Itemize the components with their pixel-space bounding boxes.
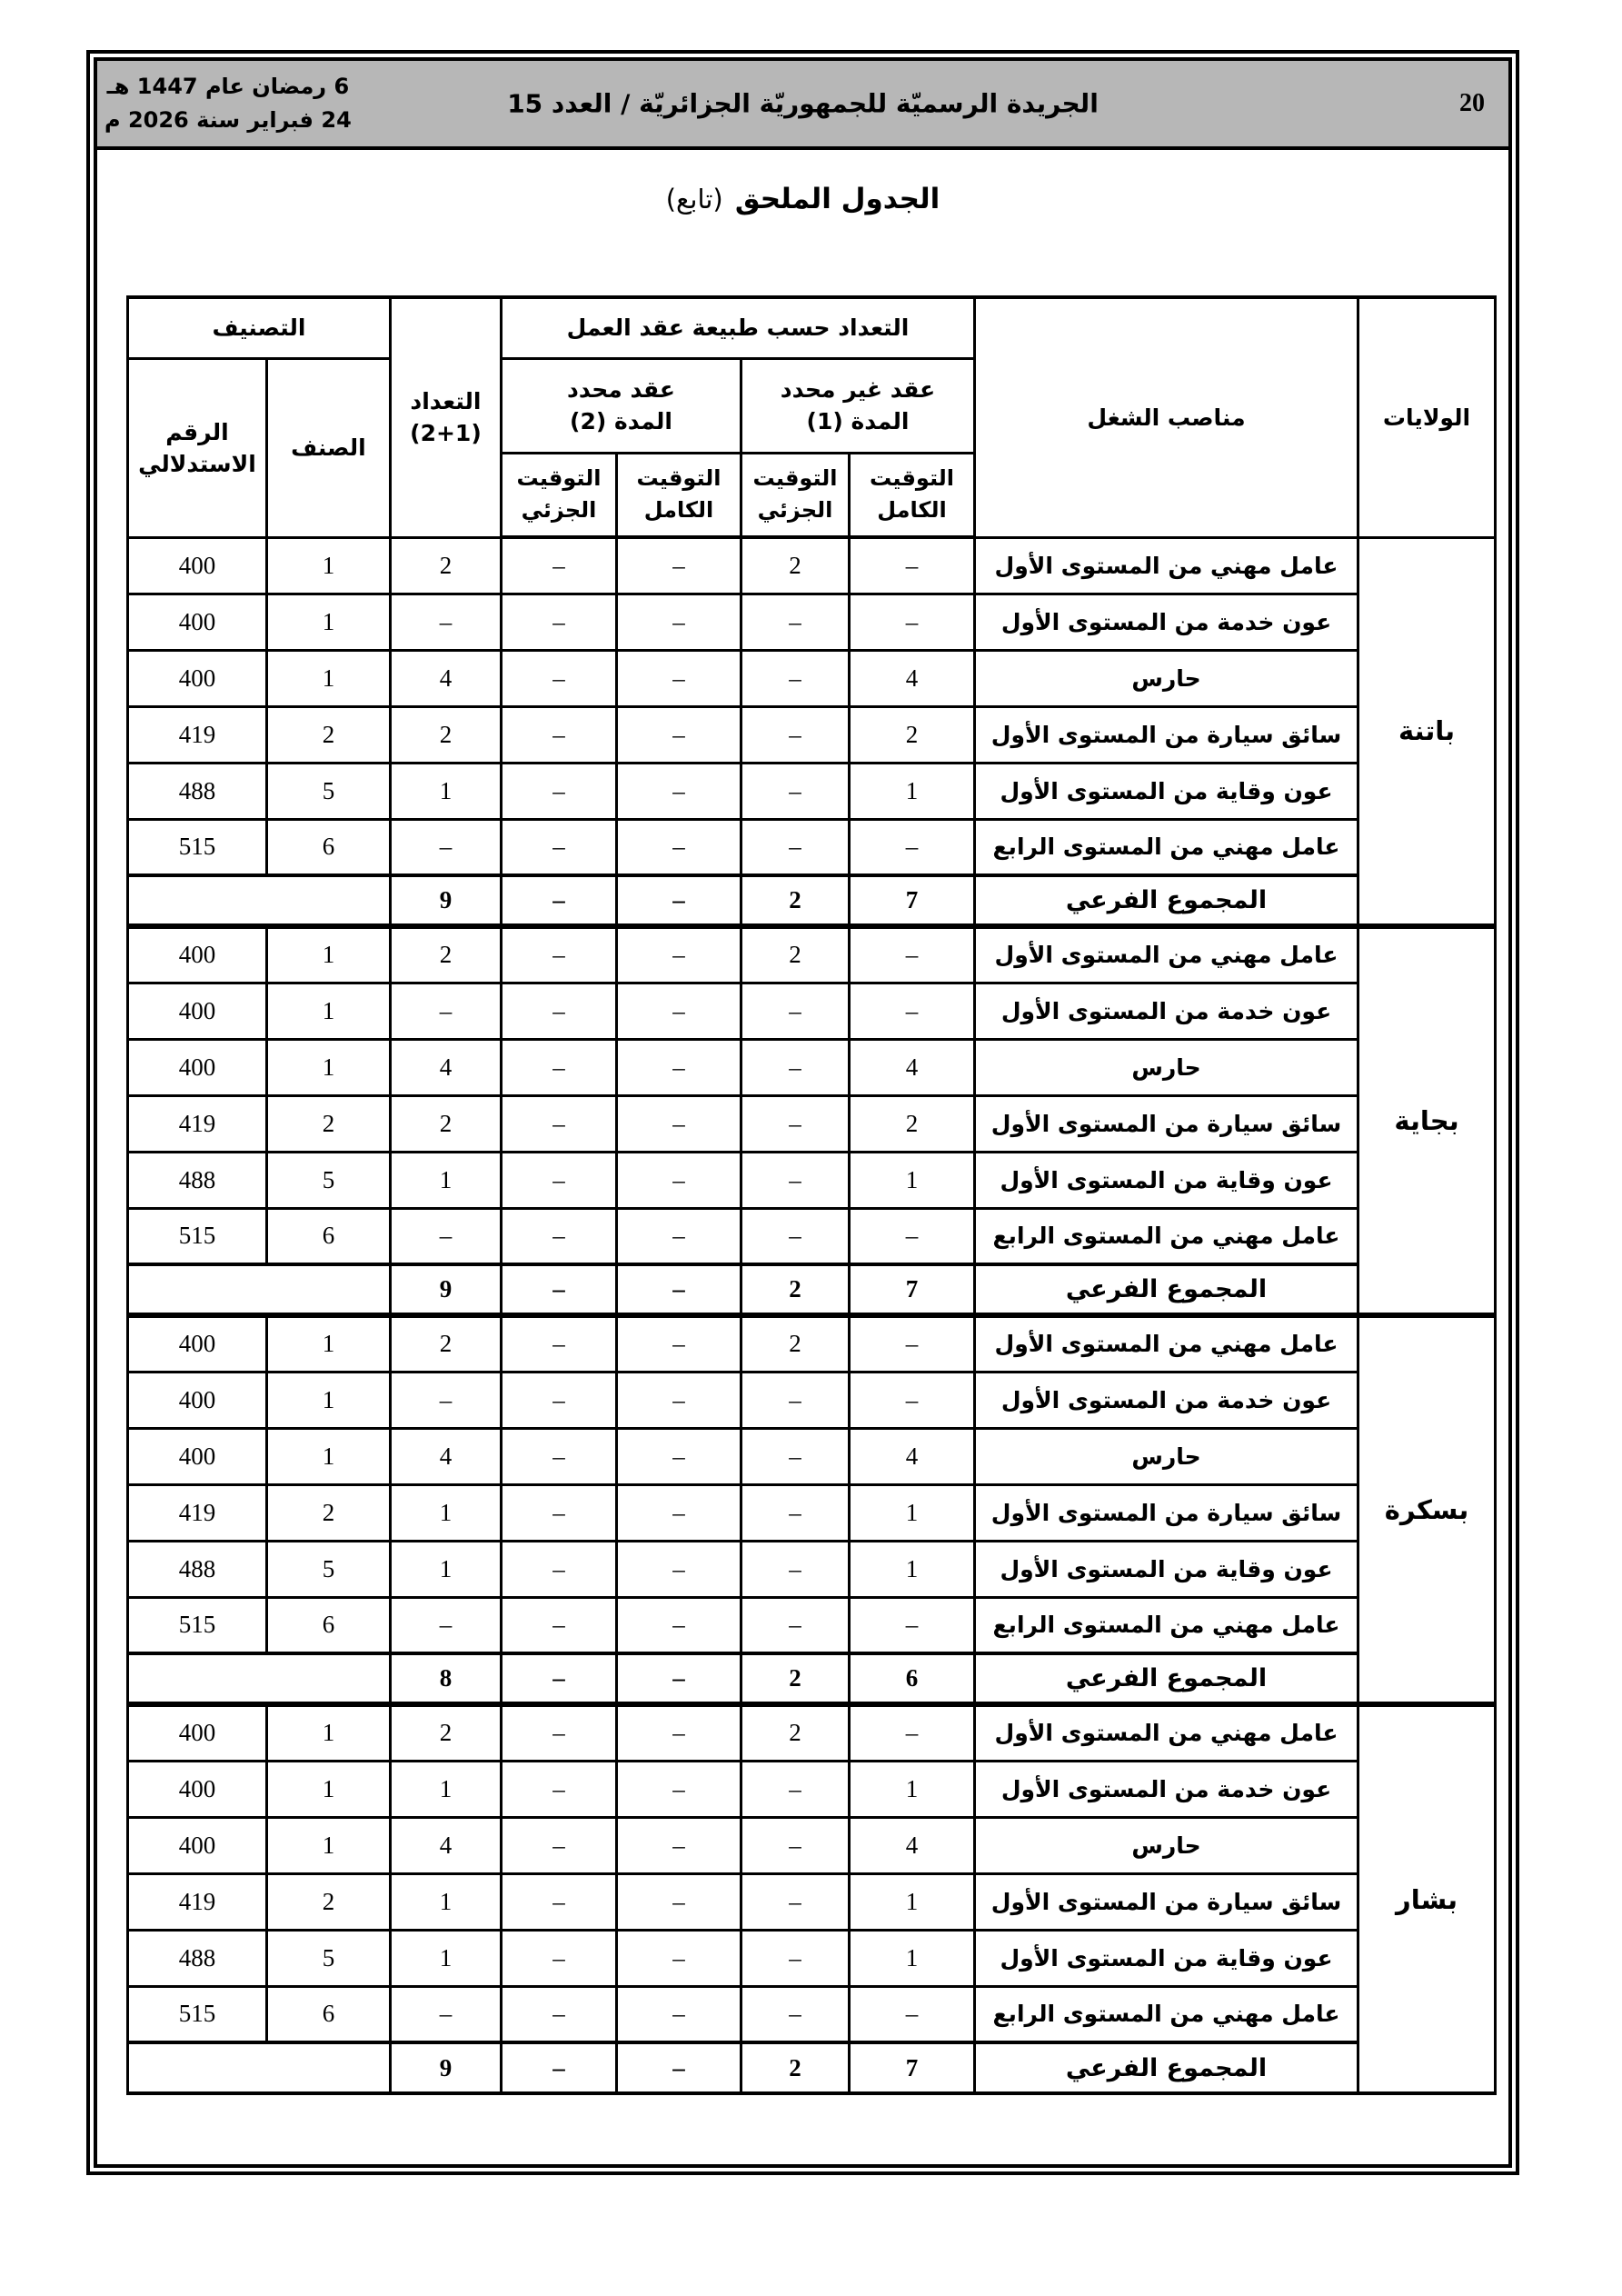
header-classification: التصنيف bbox=[127, 297, 390, 358]
value-cell: 6 bbox=[266, 1986, 390, 2042]
value-cell: 1 bbox=[390, 1930, 501, 1986]
table-row: عون خدمة من المستوى الأول–––––1400 bbox=[127, 983, 1495, 1039]
value-cell: 2 bbox=[741, 1704, 850, 1761]
value-cell: – bbox=[741, 1761, 850, 1817]
subtotal-value-cell: 9 bbox=[390, 1264, 501, 1315]
job-title: عون خدمة من المستوى الأول bbox=[975, 594, 1358, 650]
value-cell: 488 bbox=[127, 1930, 266, 1986]
subtotal-value-cell: – bbox=[501, 2042, 616, 2093]
date-hijri: 6 رمضان عام 1447 هـ bbox=[104, 70, 352, 104]
value-cell: 6 bbox=[266, 819, 390, 875]
job-title: عامل مهني من المستوى الأول bbox=[975, 1315, 1358, 1372]
value-cell: – bbox=[390, 594, 501, 650]
corner-empty bbox=[127, 2042, 390, 2093]
value-cell: – bbox=[501, 1484, 616, 1541]
value-cell: 4 bbox=[850, 1817, 975, 1873]
value-cell: – bbox=[617, 1315, 741, 1372]
value-cell: 4 bbox=[390, 1428, 501, 1484]
value-cell: – bbox=[850, 926, 975, 983]
value-cell: 488 bbox=[127, 1152, 266, 1208]
subtotal-value-cell: 7 bbox=[850, 2042, 975, 2093]
table-header: الولايات مناصب الشغل التعداد حسب طبيعة ع… bbox=[127, 297, 1495, 537]
value-cell: – bbox=[617, 819, 741, 875]
value-cell: – bbox=[501, 1930, 616, 1986]
table-row: سائق سيارة من المستوى الأول1–––12419 bbox=[127, 1873, 1495, 1930]
value-cell: – bbox=[617, 1817, 741, 1873]
value-cell: 4 bbox=[390, 1817, 501, 1873]
subtotal-value-cell: 2 bbox=[741, 875, 850, 926]
value-cell: 1 bbox=[390, 1541, 501, 1597]
value-cell: 4 bbox=[390, 1039, 501, 1095]
wilaya-section: بسكرةعامل مهني من المستوى الأول–2––21400… bbox=[127, 1315, 1495, 1704]
subtotal-value-cell: 6 bbox=[850, 1653, 975, 1704]
value-cell: 2 bbox=[741, 1315, 850, 1372]
header-dates: 6 رمضان عام 1447 هـ 24 فبراير سنة 2026 م bbox=[104, 70, 352, 137]
value-cell: – bbox=[501, 926, 616, 983]
job-title: عامل مهني من المستوى الرابع bbox=[975, 1208, 1358, 1264]
value-cell: 400 bbox=[127, 1372, 266, 1428]
job-title: سائق سيارة من المستوى الأول bbox=[975, 1095, 1358, 1152]
value-cell: – bbox=[850, 1372, 975, 1428]
value-cell: 2 bbox=[266, 1484, 390, 1541]
value-cell: 400 bbox=[127, 1315, 266, 1372]
value-cell: – bbox=[617, 1372, 741, 1428]
table-title-suffix: (تابع) bbox=[666, 184, 723, 215]
table-row: عامل مهني من المستوى الرابع–––––6515 bbox=[127, 1208, 1495, 1264]
value-cell: – bbox=[850, 594, 975, 650]
value-cell: 1 bbox=[266, 537, 390, 594]
value-cell: – bbox=[501, 1541, 616, 1597]
value-cell: 5 bbox=[266, 1541, 390, 1597]
value-cell: 2 bbox=[390, 537, 501, 594]
blank-cell bbox=[127, 1264, 390, 1315]
value-cell: 4 bbox=[850, 1039, 975, 1095]
table-row: بشارعامل مهني من المستوى الأول–2––21400 bbox=[127, 1704, 1495, 1761]
value-cell: – bbox=[617, 1986, 741, 2042]
table-row: عون خدمة من المستوى الأول–––––1400 bbox=[127, 594, 1495, 650]
job-title: عون وقاية من المستوى الأول bbox=[975, 1930, 1358, 1986]
value-cell: – bbox=[501, 1208, 616, 1264]
value-cell: – bbox=[501, 1873, 616, 1930]
value-cell: – bbox=[741, 763, 850, 819]
value-cell: – bbox=[501, 706, 616, 763]
value-cell: – bbox=[501, 594, 616, 650]
value-cell: – bbox=[741, 819, 850, 875]
value-cell: 6 bbox=[266, 1597, 390, 1653]
value-cell: – bbox=[741, 1039, 850, 1095]
value-cell: 2 bbox=[390, 926, 501, 983]
value-cell: 2 bbox=[390, 1095, 501, 1152]
table-row: عون خدمة من المستوى الأول–––––1400 bbox=[127, 1372, 1495, 1428]
wilaya-name: بسكرة bbox=[1358, 1315, 1496, 1704]
value-cell: – bbox=[501, 650, 616, 706]
table-row: عون وقاية من المستوى الأول1–––15488 bbox=[127, 1930, 1495, 1986]
job-title: حارس bbox=[975, 1039, 1358, 1095]
header-count-by-contract-nature: التعداد حسب طبيعة عقد العمل bbox=[501, 297, 974, 358]
value-cell: – bbox=[501, 1372, 616, 1428]
value-cell: 1 bbox=[266, 1372, 390, 1428]
subtotal-value-cell: 7 bbox=[850, 875, 975, 926]
value-cell: 2 bbox=[266, 706, 390, 763]
value-cell: – bbox=[617, 1704, 741, 1761]
value-cell: – bbox=[741, 1372, 850, 1428]
value-cell: 1 bbox=[850, 763, 975, 819]
value-cell: – bbox=[390, 1372, 501, 1428]
subtotal-row: المجموع الفرعي72––9 bbox=[127, 875, 1495, 926]
subtotal-label: المجموع الفرعي bbox=[975, 875, 1358, 926]
value-cell: – bbox=[617, 1152, 741, 1208]
header-band: 20 الجريدة الرسميّة للجمهوريّة الجزائريّ… bbox=[97, 61, 1508, 150]
value-cell: 1 bbox=[850, 1541, 975, 1597]
value-cell: – bbox=[850, 1704, 975, 1761]
header-full-time-2: التوقيت الكامل bbox=[617, 453, 741, 537]
wilaya-section: باتنةعامل مهني من المستوى الأول–2––21400… bbox=[127, 537, 1495, 926]
value-cell: – bbox=[501, 1039, 616, 1095]
table-row: حارس4–––41400 bbox=[127, 1039, 1495, 1095]
value-cell: 419 bbox=[127, 1484, 266, 1541]
blank-cell bbox=[127, 1653, 390, 1704]
table-row: بسكرةعامل مهني من المستوى الأول–2––21400 bbox=[127, 1315, 1495, 1372]
value-cell: – bbox=[741, 1873, 850, 1930]
value-cell: – bbox=[617, 594, 741, 650]
value-cell: 2 bbox=[850, 1095, 975, 1152]
wilaya-section: بجايةعامل مهني من المستوى الأول–2––21400… bbox=[127, 926, 1495, 1315]
value-cell: – bbox=[390, 819, 501, 875]
value-cell: – bbox=[617, 1930, 741, 1986]
table-row: حارس4–––41400 bbox=[127, 1817, 1495, 1873]
header-wilayas: الولايات bbox=[1358, 297, 1496, 537]
job-title: عون وقاية من المستوى الأول bbox=[975, 1541, 1358, 1597]
header-part-time-2: التوقيت الجزئي bbox=[501, 453, 616, 537]
value-cell: 2 bbox=[266, 1095, 390, 1152]
value-cell: 1 bbox=[850, 1152, 975, 1208]
value-cell: – bbox=[390, 1597, 501, 1653]
value-cell: – bbox=[501, 1597, 616, 1653]
table-row: بجايةعامل مهني من المستوى الأول–2––21400 bbox=[127, 926, 1495, 983]
value-cell: 488 bbox=[127, 1541, 266, 1597]
value-cell: 1 bbox=[390, 1761, 501, 1817]
value-cell: 400 bbox=[127, 1817, 266, 1873]
value-cell: – bbox=[390, 983, 501, 1039]
table-row: سائق سيارة من المستوى الأول2–––22419 bbox=[127, 706, 1495, 763]
value-cell: – bbox=[617, 1208, 741, 1264]
value-cell: – bbox=[501, 1428, 616, 1484]
value-cell: 400 bbox=[127, 1039, 266, 1095]
value-cell: 1 bbox=[390, 1152, 501, 1208]
value-cell: 400 bbox=[127, 594, 266, 650]
value-cell: – bbox=[501, 983, 616, 1039]
value-cell: 400 bbox=[127, 650, 266, 706]
page-inner: 20 الجريدة الرسميّة للجمهوريّة الجزائريّ… bbox=[94, 57, 1512, 2168]
table-row: عون وقاية من المستوى الأول1–––15488 bbox=[127, 1152, 1495, 1208]
value-cell: – bbox=[501, 537, 616, 594]
value-cell: 1 bbox=[266, 1704, 390, 1761]
subtotal-row: المجموع الفرعي62––8 bbox=[127, 1653, 1495, 1704]
job-title: حارس bbox=[975, 1428, 1358, 1484]
value-cell: 419 bbox=[127, 1095, 266, 1152]
table-row: عون خدمة من المستوى الأول1–––11400 bbox=[127, 1761, 1495, 1817]
value-cell: – bbox=[741, 1428, 850, 1484]
value-cell: – bbox=[741, 594, 850, 650]
value-cell: 419 bbox=[127, 1873, 266, 1930]
value-cell: – bbox=[741, 1152, 850, 1208]
value-cell: 6 bbox=[266, 1208, 390, 1264]
value-cell: 4 bbox=[850, 650, 975, 706]
value-cell: 5 bbox=[266, 763, 390, 819]
header-index-line1: الرقم bbox=[129, 416, 265, 448]
header-category: الصنف bbox=[266, 358, 390, 537]
value-cell: – bbox=[617, 1761, 741, 1817]
value-cell: 2 bbox=[390, 1704, 501, 1761]
job-title: عون خدمة من المستوى الأول bbox=[975, 983, 1358, 1039]
value-cell: 2 bbox=[266, 1873, 390, 1930]
subtotal-label: المجموع الفرعي bbox=[975, 2042, 1358, 2093]
value-cell: – bbox=[617, 1428, 741, 1484]
value-cell: 1 bbox=[850, 1761, 975, 1817]
value-cell: 515 bbox=[127, 1986, 266, 2042]
job-title: عامل مهني من المستوى الأول bbox=[975, 926, 1358, 983]
table-row: عون وقاية من المستوى الأول1–––15488 bbox=[127, 1541, 1495, 1597]
page-content: الجدول الملحق (تابع) الولايا bbox=[97, 150, 1508, 2164]
value-cell: – bbox=[850, 819, 975, 875]
value-cell: – bbox=[741, 1817, 850, 1873]
subtotal-label: المجموع الفرعي bbox=[975, 1653, 1358, 1704]
value-cell: – bbox=[850, 537, 975, 594]
subtotal-value-cell: 7 bbox=[850, 1264, 975, 1315]
value-cell: 1 bbox=[850, 1873, 975, 1930]
subtotal-value-cell: – bbox=[501, 875, 616, 926]
value-cell: 1 bbox=[266, 1761, 390, 1817]
header-job-positions: مناصب الشغل bbox=[975, 297, 1358, 537]
value-cell: 2 bbox=[850, 706, 975, 763]
value-cell: – bbox=[617, 1484, 741, 1541]
value-cell: – bbox=[850, 1315, 975, 1372]
date-gregorian: 24 فبراير سنة 2026 م bbox=[104, 104, 352, 137]
value-cell: – bbox=[741, 1541, 850, 1597]
table-row: عامل مهني من المستوى الرابع–––––6515 bbox=[127, 1986, 1495, 2042]
subtotal-value-cell: – bbox=[617, 1264, 741, 1315]
value-cell: – bbox=[850, 1597, 975, 1653]
header-full-time-1: التوقيت الكامل bbox=[850, 453, 975, 537]
value-cell: 400 bbox=[127, 1704, 266, 1761]
value-cell: 2 bbox=[390, 1315, 501, 1372]
value-cell: – bbox=[617, 763, 741, 819]
job-title: عون وقاية من المستوى الأول bbox=[975, 1152, 1358, 1208]
value-cell: 4 bbox=[850, 1428, 975, 1484]
header-part-time-1: التوقيت الجزئي bbox=[741, 453, 850, 537]
value-cell: – bbox=[501, 1152, 616, 1208]
table-row: عامل مهني من المستوى الرابع–––––6515 bbox=[127, 819, 1495, 875]
subtotal-value-cell: 9 bbox=[390, 875, 501, 926]
job-title: عامل مهني من المستوى الرابع bbox=[975, 1597, 1358, 1653]
value-cell: 1 bbox=[390, 1873, 501, 1930]
value-cell: – bbox=[617, 983, 741, 1039]
value-cell: – bbox=[741, 1095, 850, 1152]
value-cell: 488 bbox=[127, 763, 266, 819]
value-cell: 1 bbox=[850, 1484, 975, 1541]
value-cell: – bbox=[501, 1704, 616, 1761]
header-indefinite-line2: المدة (1) bbox=[742, 405, 973, 437]
job-title: عامل مهني من المستوى الأول bbox=[975, 537, 1358, 594]
header-indefinite-line1: عقد غير محدد bbox=[742, 374, 973, 405]
value-cell: 1 bbox=[266, 1039, 390, 1095]
subtotal-value-cell: 9 bbox=[390, 2042, 501, 2093]
value-cell: – bbox=[501, 1761, 616, 1817]
value-cell: 2 bbox=[390, 706, 501, 763]
subtotal-value-cell: – bbox=[617, 875, 741, 926]
value-cell: – bbox=[617, 706, 741, 763]
wilaya-name: باتنة bbox=[1358, 537, 1496, 926]
value-cell: 400 bbox=[127, 926, 266, 983]
value-cell: – bbox=[850, 1208, 975, 1264]
header-fixed-line1: عقد محدد bbox=[503, 374, 740, 405]
value-cell: – bbox=[617, 650, 741, 706]
value-cell: 400 bbox=[127, 1428, 266, 1484]
value-cell: 1 bbox=[266, 1817, 390, 1873]
value-cell: – bbox=[850, 983, 975, 1039]
value-cell: – bbox=[390, 1208, 501, 1264]
table-row: حارس4–––41400 bbox=[127, 1428, 1495, 1484]
value-cell: 515 bbox=[127, 819, 266, 875]
table-row: سائق سيارة من المستوى الأول1–––12419 bbox=[127, 1484, 1495, 1541]
value-cell: – bbox=[501, 1315, 616, 1372]
header-fixed-line2: المدة (2) bbox=[503, 405, 740, 437]
value-cell: 1 bbox=[266, 650, 390, 706]
value-cell: – bbox=[617, 1873, 741, 1930]
value-cell: – bbox=[741, 983, 850, 1039]
wilaya-section: بشارعامل مهني من المستوى الأول–2––21400ع… bbox=[127, 1704, 1495, 2093]
table-row: عون وقاية من المستوى الأول1–––15488 bbox=[127, 763, 1495, 819]
staff-count-table: الولايات مناصب الشغل التعداد حسب طبيعة ع… bbox=[126, 295, 1497, 2095]
value-cell: 1 bbox=[266, 1315, 390, 1372]
value-cell: 400 bbox=[127, 1761, 266, 1817]
table-title-main: الجدول الملحق bbox=[735, 183, 940, 215]
job-title: عون خدمة من المستوى الأول bbox=[975, 1372, 1358, 1428]
job-title: عامل مهني من المستوى الرابع bbox=[975, 819, 1358, 875]
value-cell: – bbox=[617, 537, 741, 594]
subtotal-value-cell: 2 bbox=[741, 1653, 850, 1704]
wilaya-name: بجاية bbox=[1358, 926, 1496, 1315]
value-cell: 515 bbox=[127, 1597, 266, 1653]
value-cell: – bbox=[617, 1039, 741, 1095]
value-cell: 419 bbox=[127, 706, 266, 763]
header-index-line2: الاستدلالي bbox=[129, 448, 265, 480]
value-cell: – bbox=[850, 1986, 975, 2042]
header-indefinite-contract: عقد غير محدد المدة (1) bbox=[741, 358, 975, 453]
value-cell: – bbox=[390, 1986, 501, 2042]
header-total-line2: (2+1) bbox=[392, 417, 500, 449]
value-cell: – bbox=[741, 1930, 850, 1986]
gazette-page: { "colors": { "header_band_bg": "#b7b7b7… bbox=[0, 0, 1622, 2296]
value-cell: 1 bbox=[266, 926, 390, 983]
value-cell: 515 bbox=[127, 1208, 266, 1264]
value-cell: – bbox=[741, 1208, 850, 1264]
table-row: باتنةعامل مهني من المستوى الأول–2––21400 bbox=[127, 537, 1495, 594]
value-cell: – bbox=[617, 1541, 741, 1597]
header-total-line1: التعداد bbox=[392, 385, 500, 417]
value-cell: – bbox=[741, 1484, 850, 1541]
value-cell: 2 bbox=[741, 926, 850, 983]
job-title: سائق سيارة من المستوى الأول bbox=[975, 1873, 1358, 1930]
job-title: عامل مهني من المستوى الأول bbox=[975, 1704, 1358, 1761]
value-cell: – bbox=[501, 1095, 616, 1152]
value-cell: – bbox=[501, 1986, 616, 2042]
header-index-number: الرقم الاستدلالي bbox=[127, 358, 266, 537]
job-title: عون خدمة من المستوى الأول bbox=[975, 1761, 1358, 1817]
subtotal-value-cell: – bbox=[501, 1653, 616, 1704]
subtotal-value-cell: 2 bbox=[741, 1264, 850, 1315]
table-row: سائق سيارة من المستوى الأول2–––22419 bbox=[127, 1095, 1495, 1152]
value-cell: 1 bbox=[266, 1428, 390, 1484]
subtotal-value-cell: – bbox=[617, 2042, 741, 2093]
job-title: سائق سيارة من المستوى الأول bbox=[975, 706, 1358, 763]
wilaya-name: بشار bbox=[1358, 1704, 1496, 2093]
table-row: حارس4–––41400 bbox=[127, 650, 1495, 706]
value-cell: 5 bbox=[266, 1930, 390, 1986]
value-cell: – bbox=[501, 763, 616, 819]
value-cell: 4 bbox=[390, 650, 501, 706]
blank-cell bbox=[127, 875, 390, 926]
subtotal-row: المجموع الفرعي72––9 bbox=[127, 2042, 1495, 2093]
subtotal-row: المجموع الفرعي72––9 bbox=[127, 1264, 1495, 1315]
value-cell: – bbox=[741, 1986, 850, 2042]
value-cell: – bbox=[501, 1817, 616, 1873]
value-cell: – bbox=[617, 926, 741, 983]
subtotal-label: المجموع الفرعي bbox=[975, 1264, 1358, 1315]
subtotal-value-cell: – bbox=[617, 1653, 741, 1704]
job-title: سائق سيارة من المستوى الأول bbox=[975, 1484, 1358, 1541]
value-cell: – bbox=[617, 1597, 741, 1653]
subtotal-value-cell: 8 bbox=[390, 1653, 501, 1704]
journal-title: الجريدة الرسميّة للجمهوريّة الجزائريّة /… bbox=[507, 89, 1099, 119]
job-title: حارس bbox=[975, 1817, 1358, 1873]
value-cell: – bbox=[617, 1095, 741, 1152]
value-cell: 1 bbox=[266, 983, 390, 1039]
value-cell: – bbox=[741, 1597, 850, 1653]
header-fixed-contract: عقد محدد المدة (2) bbox=[501, 358, 741, 453]
value-cell: – bbox=[501, 819, 616, 875]
value-cell: – bbox=[741, 650, 850, 706]
value-cell: 1 bbox=[390, 763, 501, 819]
page-frame: 20 الجريدة الرسميّة للجمهوريّة الجزائريّ… bbox=[86, 50, 1519, 2175]
job-title: عامل مهني من المستوى الرابع bbox=[975, 1986, 1358, 2042]
value-cell: 400 bbox=[127, 537, 266, 594]
table-title: الجدول الملحق (تابع) bbox=[97, 150, 1508, 215]
table-row: عامل مهني من المستوى الرابع–––––6515 bbox=[127, 1597, 1495, 1653]
value-cell: 2 bbox=[741, 537, 850, 594]
subtotal-value-cell: – bbox=[501, 1264, 616, 1315]
header-total-count: التعداد (2+1) bbox=[390, 297, 501, 537]
value-cell: 1 bbox=[850, 1930, 975, 1986]
value-cell: 5 bbox=[266, 1152, 390, 1208]
value-cell: 1 bbox=[390, 1484, 501, 1541]
value-cell: – bbox=[741, 706, 850, 763]
value-cell: 1 bbox=[266, 594, 390, 650]
job-title: حارس bbox=[975, 650, 1358, 706]
value-cell: 400 bbox=[127, 983, 266, 1039]
subtotal-value-cell: 2 bbox=[741, 2042, 850, 2093]
page-number: 20 bbox=[1459, 89, 1485, 118]
job-title: عون وقاية من المستوى الأول bbox=[975, 763, 1358, 819]
